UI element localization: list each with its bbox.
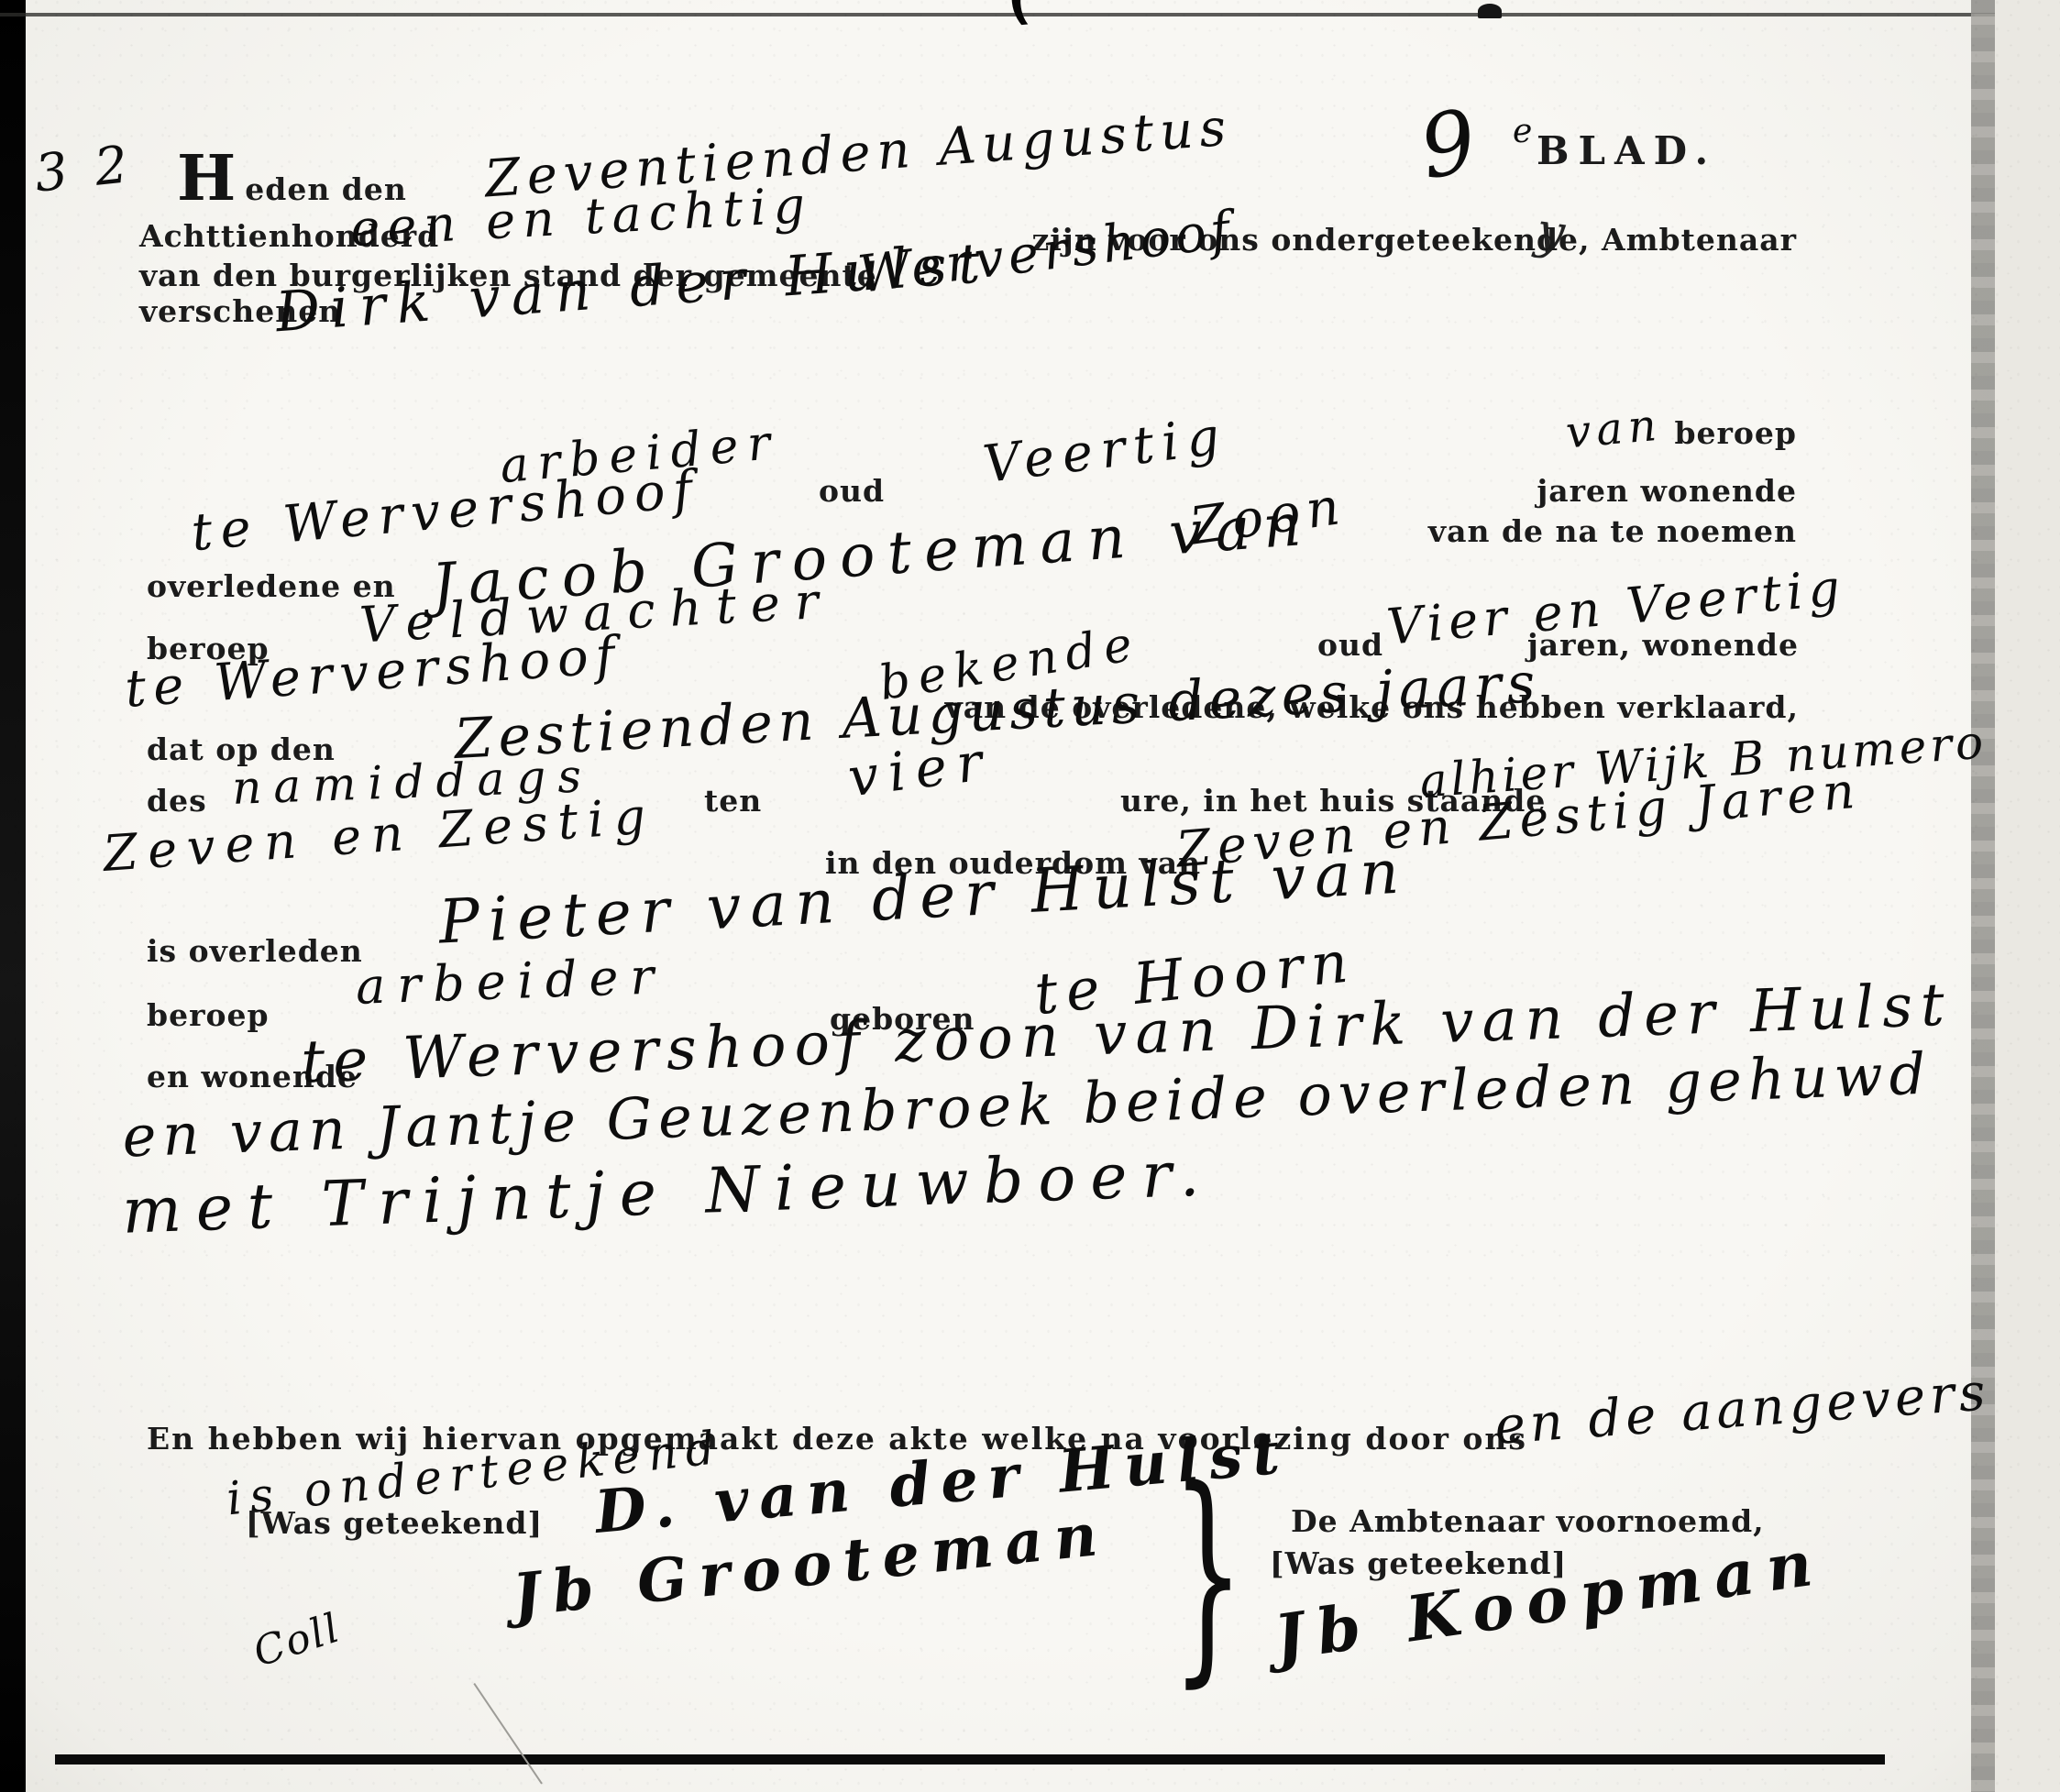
- heden-drop-cap: H: [177, 154, 236, 203]
- printed-des: des: [147, 783, 207, 819]
- hand-deceased-occupation: arbeider: [355, 951, 666, 1012]
- top-cutoff-ink-mark: [1002, 0, 1063, 41]
- signatures-brace: }: [1172, 1465, 1245, 1683]
- printed-jaren-wonende2: jaren, wonende: [1527, 627, 1799, 663]
- hand-year: een en tachtig: [349, 181, 813, 254]
- printed-beroep3: beroep: [147, 997, 270, 1033]
- sheet-word-printed: BLAD.: [1537, 128, 1717, 173]
- pencil-scratch-mark: [473, 1683, 542, 1785]
- printed-oud2: oud: [1317, 627, 1383, 663]
- van-beroep-group: van beroep: [1566, 407, 1797, 451]
- printed-jaren-wonende: jaren wonende: [1537, 473, 1797, 509]
- hand-van: van: [1564, 403, 1663, 456]
- hand-hour: vier: [845, 734, 995, 805]
- printed-beroep: beroep: [1674, 415, 1797, 451]
- top-cutoff-ink-mark: [1478, 4, 1502, 18]
- hand-declarant1-age: Veertig: [981, 411, 1230, 491]
- printed-ambtenaar-voornoemd: De Ambtenaar voornoemd,: [1291, 1503, 1765, 1539]
- death-certificate-scan: 32 9 e BLAD. y H eden den Zeventienden A…: [0, 0, 2060, 1792]
- bottom-divider-rule: [55, 1754, 1885, 1765]
- hand-aangevers: en de aangevers: [1493, 1367, 1992, 1453]
- printed-was-geteekend-left: [Was geteekend]: [246, 1505, 543, 1541]
- printed-na-te-noemen: van de na te noemen: [1428, 513, 1797, 549]
- printed-ten: ten: [704, 783, 762, 819]
- act-number: 32: [32, 137, 157, 200]
- sheet-ordinal-hand: e: [1513, 115, 1532, 148]
- coll-margin-mark: Coll: [249, 1608, 346, 1674]
- scan-right-binding-band: [1971, 0, 1995, 1792]
- printed-is-overleden: is overleden: [147, 933, 363, 969]
- sheet-number-hand: 9: [1414, 99, 1482, 193]
- scan-right-paper-edge: [1995, 0, 2060, 1792]
- printed-closing-formula: En hebben wij hiervan opgemaakt deze akt…: [147, 1421, 1527, 1457]
- printed-oud: oud: [819, 473, 885, 509]
- scan-left-black-edge: [0, 0, 26, 1792]
